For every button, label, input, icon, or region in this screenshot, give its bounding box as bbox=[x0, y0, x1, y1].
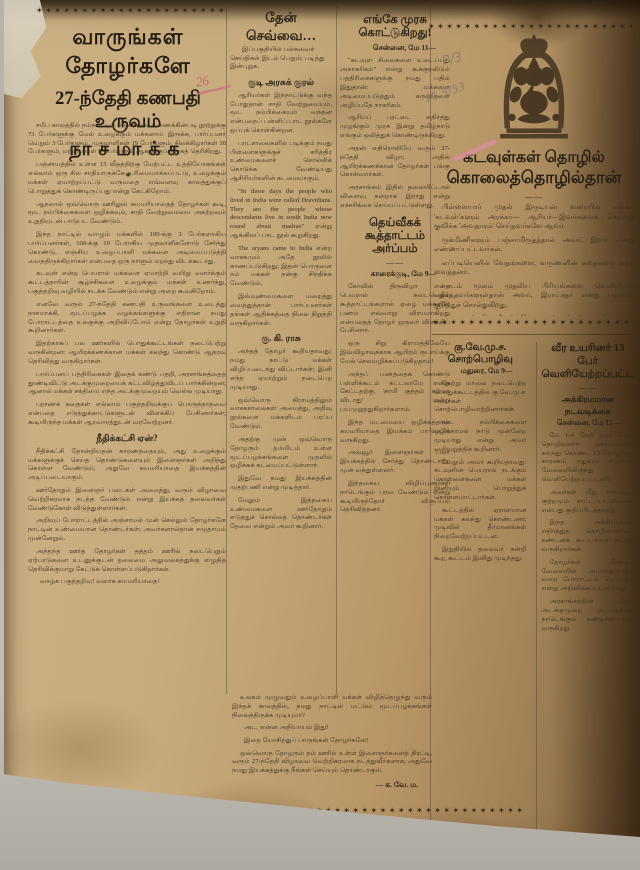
paragraph: பிள்ளையார் முதல் இருடியன் வரையில் எல்லா … bbox=[434, 203, 634, 232]
paragraph: உலகம் முழுவதும் உழைப்பாளி மக்கள் விழித்த… bbox=[232, 694, 432, 720]
paragraph: மேலும் அவர் கூறியதாவது: கடவுளின் பெயரால்… bbox=[434, 459, 527, 503]
star-divider: ✶✶✶✶✶✶✶✶✶✶✶✶✶✶✶✶✶✶✶✶✶✶✶✶✶✶ bbox=[428, 22, 632, 31]
column-rule bbox=[336, 6, 337, 694]
subcol-right-heading-line-2: வெளியேற்றப்பட்டனர் bbox=[542, 368, 635, 381]
column-2: தேன் செவ்வை… இப்பகுதியில் பல்சுவைச் செய்… bbox=[230, 10, 332, 692]
heading-rule: —— bbox=[542, 383, 635, 392]
paragraph: சென்னை, மே 11— bbox=[542, 418, 635, 428]
subcol-left-heading: கு.வே.மு.ச. சொற்பொழிவு bbox=[434, 342, 527, 366]
paragraph: நேற்று மாலை நடைபெற்ற பொதுக்கூட்டத்தில் க… bbox=[434, 380, 527, 415]
column-2-body: இப்பகுதியில் பல்சுவைச் செய்திகள் இடம் பெ… bbox=[230, 46, 332, 532]
paragraph: ருக்மிணிகளும் பஞ்சாமிருதத்தால் அவர், இவர… bbox=[434, 236, 634, 255]
paragraph: அட, என்ன அநியாயம் இது! bbox=[232, 724, 432, 733]
newspaper-page: ✶✶✶✶✶✶✶✶✶✶✶✶✶✶✶✶✶✶✶✶✶✶✶✶✶✶ ✶✶✶✶✶✶✶✶✶✶✶✶✶… bbox=[4, 0, 640, 870]
paragraph: "In those days the people who lived in I… bbox=[230, 188, 332, 241]
paragraph: அறிவுப் போராட்டத்தில் அஞ்சாமல் முன் செல்… bbox=[28, 517, 226, 543]
paragraph: இறுதியில் தலைவர் நன்றி கூற, கூட்டம் இனித… bbox=[434, 546, 527, 564]
paragraph: சமீப காலத்தில் நம்நாட்டில் எடுக்கப்பட்ட … bbox=[28, 122, 226, 157]
paragraph: ஊர்தோறும் இளைஞர் படைகள் அமைத்து, வரும் வ… bbox=[28, 487, 226, 513]
star-divider: ✶✶✶✶✶✶✶✶✶✶✶✶✶✶✶✶✶✶✶✶✶✶✶✶✶✶✶✶✶✶✶✶ bbox=[234, 806, 526, 815]
paragraph: மதுரை, மே 9— bbox=[434, 366, 527, 376]
paragraph: அவர்கள் மீது எவ்விதக் குற்றமும் சாட்டப்ப… bbox=[542, 489, 635, 515]
paragraph: அரசாங்கத்தின் இந்த அடக்குமுறை நடவடிக்கை … bbox=[542, 598, 635, 633]
paragraph: The aryans came to India என்ற வாசகமும் அ… bbox=[230, 245, 332, 289]
subcol-right-subhead: அக்கிரமமான நடவடிக்கை bbox=[542, 394, 635, 418]
bottom-wide-block: உலகம் முழுவதும் உழைப்பாளி மக்கள் விழித்த… bbox=[232, 694, 432, 802]
paragraph: இதுவே நமது இயக்கத்தின் முதற்பணி என்று மு… bbox=[230, 475, 332, 493]
right-article-body: பிள்ளையார் முதல் இருடியன் வரையில் எல்லா … bbox=[434, 203, 634, 316]
paragraph: அந்தத் தோழர் கூறியதாவது: நமது நாட்டு மக்… bbox=[230, 348, 332, 392]
paragraph: மேலும் இத்தகைய உண்மைகளை ஊர்தோறும் எடுத்த… bbox=[230, 497, 332, 532]
subcolumn-left: கு.வே.மு.ச. சொற்பொழிவு மதுரை, மே 9—நேற்ற… bbox=[434, 342, 527, 832]
red-annotation-text: 26 bbox=[195, 73, 210, 90]
star-divider: ✶✶✶✶✶✶✶✶✶✶✶✶✶✶✶✶✶✶✶✶✶✶✶✶ bbox=[432, 318, 634, 327]
subcol-left-body: மதுரை, மே 9—நேற்று மாலை நடைபெற்ற பொதுக்க… bbox=[434, 366, 527, 564]
heading-rule: —— bbox=[434, 192, 634, 201]
sub-heading: கு. கி. ராசு bbox=[230, 333, 332, 345]
paragraph: மூட நம்பிக்கைகளை ஒழிக்காமல் நாடு முன்னேற… bbox=[434, 419, 527, 454]
right-heading-line-2: கொலைத்தொழில்தான் bbox=[434, 168, 634, 190]
subcol-right-heading-line-1: வீர உயரினர் 13 பேர் bbox=[542, 342, 635, 368]
paragraph: புராணக் கதைகள் எல்லாம் பகுத்தறிவுக்குப் … bbox=[28, 401, 226, 427]
paragraph: கூட்டத்தில் ஏராளமான மக்கள் கலந்து கொண்டன… bbox=[434, 507, 527, 542]
paragraph: பஞ்சாயத்தில் உள்ள 15 வீதத்திற்கு மேற்பட்… bbox=[28, 161, 226, 196]
section-rule bbox=[432, 334, 632, 335]
paragraph: இப்பகுதியில் பல்சுவைச் செய்திகள் இடம் பெ… bbox=[230, 46, 332, 72]
column-2-header: தேன் செவ்வை… bbox=[230, 10, 332, 46]
paragraph: அதற்கு முன் ஒவ்வொரு தோழரும் தம்மிடம் உள்… bbox=[230, 436, 332, 471]
paragraph: பாடம் மூலம் முதலிய பிரியங்களை வெளியிட்டு… bbox=[434, 282, 634, 311]
paragraph: இவ்வுண்மைகளை மறைத்து வைத்துத்தான் பார்ப்… bbox=[230, 293, 332, 328]
paragraph: ஆரியர்கள் இந்நாட்டுக்கு வந்த போதுதான் சா… bbox=[230, 92, 332, 136]
paragraph: பார்ப்பனப் பத்திரிகைகள் இதைக் கண்டு பதறி… bbox=[28, 371, 226, 397]
paragraph: இதற்காகப் பல ஊர்களில் பொதுக்கூட்டங்கள் ந… bbox=[28, 340, 226, 366]
right-subcolumns: கு.வே.மு.ச. சொற்பொழிவு மதுரை, மே 9—நேற்ற… bbox=[434, 342, 634, 832]
paragraph: சூரபதுமன், இரணியன், இராவணன், சம்பன் முதல… bbox=[434, 314, 634, 316]
paragraph: ஒவ்வொரு தோழரும் தம் ஊரில் உள்ள இளைஞர்களை… bbox=[232, 750, 432, 776]
paragraph: ஆதலால் ஒவ்வொரு ஊரிலும் சுயமரியாதைத் தோழர… bbox=[28, 201, 226, 227]
paragraph: இதை யோசித்துப் பாருங்கள் தோழர்களே! bbox=[232, 737, 432, 746]
column-1-body: சமீப காலத்தில் நம்நாட்டில் எடுக்கப்பட்ட … bbox=[28, 122, 226, 772]
paragraph: இந்த அக்கிரமத்தை எதிர்த்துத் தொழிலாளர்கள… bbox=[542, 519, 635, 554]
paragraph: இந்த நாட்டில் வாழும் மக்களில் 100-க்கு 3… bbox=[28, 231, 226, 266]
paragraph: தோழர்கள் மீண்டும் வேலையில் அமர்த்தப்படும… bbox=[542, 559, 635, 594]
paragraph: — க. வே. ம. bbox=[232, 780, 432, 790]
right-section: கடவுள்கள் தொழில் கொலைத்தொழில்தான் —— பிள… bbox=[434, 34, 634, 316]
subcol-right-body: சென்னை, மே 11—மே 1-ந் தேதி நடைபெற்ற தொழி… bbox=[542, 418, 635, 633]
paragraph: எனவே வரும் 27-ந்தேதி கணபதி உருவங்களை உடை… bbox=[28, 301, 226, 336]
column-3-header-line-1: எங்கே முரசு bbox=[340, 14, 450, 27]
paragraph: மே 1-ந் தேதி நடைபெற்ற தொழிலாளர் ஊர்வலத்த… bbox=[542, 432, 635, 485]
paragraph: ஒவ்வொரு கிராமத்திலும் வாசகசாலைகள் அமைத்த… bbox=[230, 397, 332, 432]
star-divider: ✶✶✶✶✶✶✶✶✶✶✶✶✶✶✶✶✶✶✶✶✶✶✶✶✶✶ bbox=[36, 6, 226, 15]
paragraph: கடவுள் என்ற பெயரால் மக்களை ஏமாற்றி வயிறு… bbox=[28, 270, 226, 296]
sub-heading: நீதிக்கட்சி ஏன்? bbox=[28, 433, 226, 445]
paragraph: எப்படியெனில் வேதங்களை, வருணனின் கதைகளை ஏ… bbox=[434, 259, 634, 278]
paragraph: வாழ்க பகுத்தறிவு! வளர்க சுயமரியாதை! bbox=[28, 578, 226, 587]
sub-heading: குடி அரசுக் குரல் bbox=[230, 77, 332, 89]
paragraph: பாடசாலைகளில் படிக்கும் நமது பிள்ளைகளுக்க… bbox=[230, 140, 332, 184]
photo-backing: ✶✶✶✶✶✶✶✶✶✶✶✶✶✶✶✶✶✶✶✶✶✶✶✶✶✶ ✶✶✶✶✶✶✶✶✶✶✶✶✶… bbox=[0, 0, 640, 870]
ganesha-deity-engraving bbox=[486, 34, 582, 144]
subcolumn-right: வீர உயரினர் 13 பேர் வெளியேற்றப்பட்டனர் —… bbox=[536, 342, 635, 832]
paragraph: அந்தந்த ஊர்த் தோழர்கள் தத்தம் ஊரில் நடைப… bbox=[28, 548, 226, 574]
paragraph: நீதிக்கட்சி தோன்றியதன் காரணத்தையும், அது… bbox=[28, 448, 226, 483]
